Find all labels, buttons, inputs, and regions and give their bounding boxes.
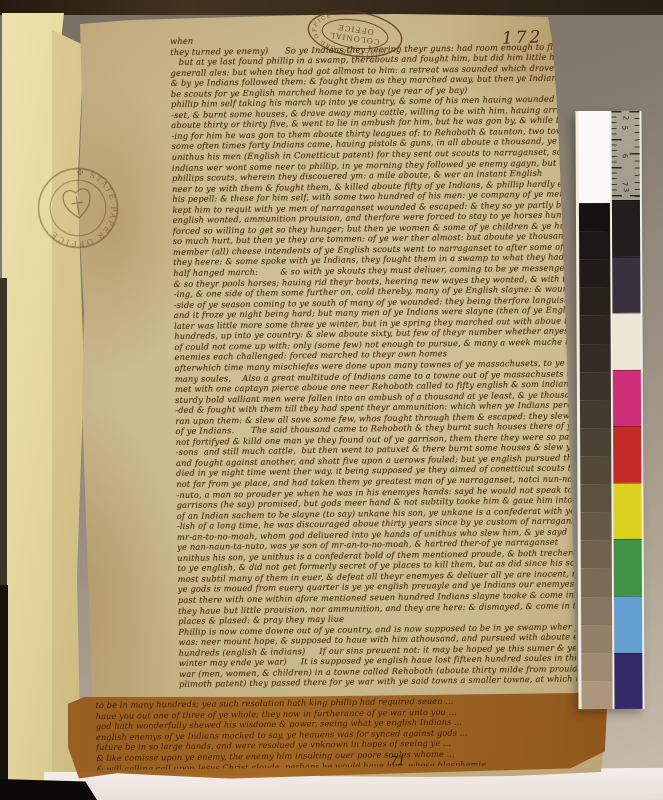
wedge-step <box>580 456 611 484</box>
wedge-step <box>579 259 610 287</box>
wedge-step <box>580 344 611 372</box>
navy-patch <box>614 652 642 709</box>
magenta-patch <box>613 370 641 427</box>
underlying-page-edge-2 <box>52 30 84 790</box>
ruler-inch-ticks <box>629 111 639 200</box>
ruler-and-patch-column: 567 23 <box>611 111 642 709</box>
green-patch <box>614 539 642 596</box>
measurement-ruler: 567 23 <box>611 111 639 200</box>
wedge-step <box>580 484 611 512</box>
wedge-step <box>581 625 612 653</box>
left-shadow-sliver <box>0 278 7 588</box>
white-patch <box>612 313 640 370</box>
wedge-step <box>580 400 611 428</box>
marginal-number: 71 <box>390 754 405 768</box>
red-patch <box>613 426 641 483</box>
color-patch-stack <box>612 200 643 709</box>
wedge-step <box>580 372 611 400</box>
ruler-number: 2 <box>621 114 629 122</box>
black-patch <box>612 200 640 257</box>
wedge-step <box>580 428 611 456</box>
wedge-step <box>579 203 610 231</box>
wedge-step <box>580 315 611 343</box>
wedge-step <box>579 287 610 315</box>
svg-text:✠ STATE PAPER OFFICE: ✠ STATE PAPER OFFICE <box>40 163 124 253</box>
yellow-patch <box>613 483 641 540</box>
grayscale-step-wedge <box>579 203 613 709</box>
state-paper-office-seal: ✠ STATE PAPER OFFICE <box>31 161 126 256</box>
wedge-step <box>581 568 612 596</box>
grayscale-wedge-column <box>578 111 612 709</box>
wedge-step <box>581 653 612 681</box>
wedge-step <box>581 597 612 625</box>
sky-blue-patch <box>614 596 642 653</box>
ruler-number: 3 <box>622 186 630 194</box>
wedge-step <box>581 512 612 540</box>
manuscript-page: 172 whenthey turned ye enemy) So ye Indi… <box>72 12 610 780</box>
wedge-step <box>581 540 612 568</box>
bottom-left-black-corner <box>0 779 97 800</box>
white-reference-patch <box>578 111 609 203</box>
dark-violet-patch <box>612 256 640 313</box>
ruler-number: 5 <box>621 124 629 132</box>
seal-crest-icon <box>62 188 93 220</box>
color-calibration-card: 567 23 <box>575 111 644 709</box>
seal-rim-text: ✠ STATE PAPER OFFICE <box>40 163 124 253</box>
wedge-step <box>581 681 612 709</box>
overlay-text-block: to be in many hundreds; yea such resolut… <box>96 694 597 770</box>
ruler-number: 6 <box>621 152 629 160</box>
wedge-step <box>579 231 610 259</box>
repair-tape-strip: to be in many hundreds; yea such resolut… <box>68 693 608 780</box>
left-shadow-sliver-2 <box>0 585 8 785</box>
seal-graphic: ✠ STATE PAPER OFFICE <box>31 161 126 256</box>
